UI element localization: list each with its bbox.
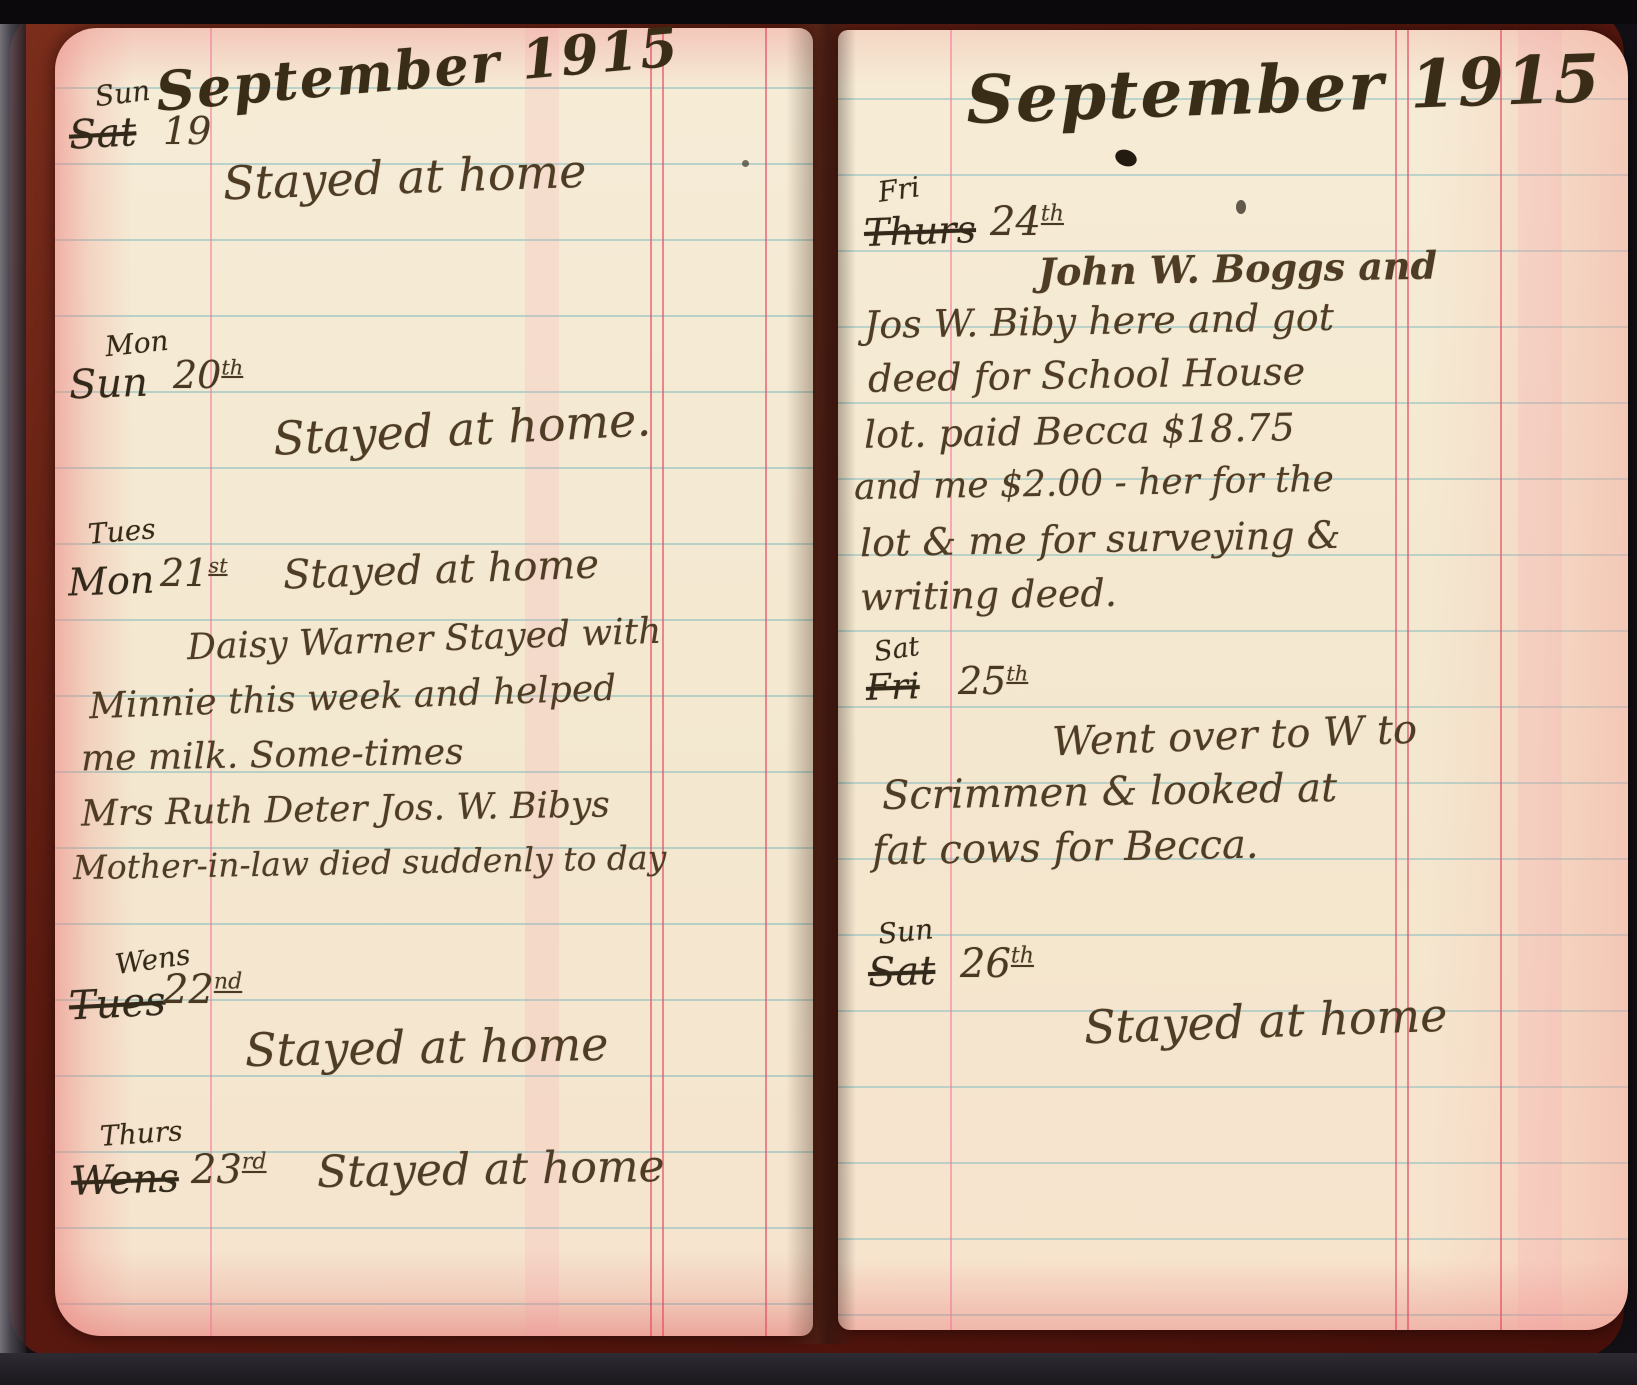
- diary-entry-line: Jos W. Biby here and got: [864, 298, 1335, 344]
- ledger-line: [1500, 30, 1502, 1330]
- diary-entry-date: 25th: [958, 662, 1028, 700]
- diary-entry-line: Scrimmen & looked at: [882, 768, 1338, 816]
- date-ordinal: rd: [242, 1150, 267, 1175]
- date-ordinal: th: [1006, 661, 1028, 685]
- date-ordinal: st: [208, 553, 227, 577]
- diary-entry-line: Mother-in-law died suddenly to day: [73, 841, 667, 884]
- diary-entry-line: Stayed at home: [222, 148, 587, 207]
- diary-entry-line: Stayed at home: [1083, 992, 1448, 1051]
- page-gutter-shadow: [786, 24, 856, 1344]
- scan-border-top: [0, 0, 1637, 24]
- diary-entry-line: Stayed at home.: [272, 396, 652, 462]
- page-header: September 1915: [965, 45, 1603, 133]
- date-number: 25: [958, 659, 1006, 703]
- diary-entry-line: fat cows for Becca.: [872, 825, 1259, 872]
- diary-page-right: September 1915 Fri Thurs 24th John W. Bo…: [838, 30, 1628, 1330]
- diary-entry-line: writing deed.: [860, 574, 1117, 616]
- diary-entry-day-corrected: Sat: [872, 633, 921, 666]
- date-number: 22: [163, 967, 214, 1013]
- diary-entry-day-corrected: Sun: [93, 77, 151, 112]
- ledger-line: [1395, 30, 1397, 1330]
- diary-entry-date: 22nd: [163, 970, 242, 1010]
- ledger-line: [650, 28, 652, 1336]
- scan-border-bottom: [0, 1353, 1637, 1385]
- diary-entry-line: Daisy Warner Stayed with: [187, 614, 662, 667]
- ledger-line: [765, 28, 767, 1336]
- diary-entry-date: 20th: [173, 356, 243, 394]
- diary-entry-date: 21st: [160, 554, 227, 592]
- diary-entry-day-original: Fri: [865, 669, 920, 707]
- diary-entry-day-original: Mon: [67, 561, 155, 602]
- date-number: 19: [163, 109, 211, 153]
- date-number: 20: [173, 353, 221, 397]
- diary-entry-day-corrected: Thurs: [99, 1117, 183, 1151]
- diary-entry-day-corrected: Sun: [877, 915, 935, 949]
- diary-entry-date: 23rd: [191, 1150, 267, 1190]
- ink-bleed-band: [1518, 30, 1562, 1330]
- diary-entry-date: 24th: [990, 202, 1064, 242]
- diary-entry-day-original: Tues: [68, 981, 167, 1026]
- ledger-line: [1407, 30, 1409, 1330]
- scanner-edge: [0, 0, 26, 1385]
- diary-entry-day-corrected: Mon: [104, 327, 170, 361]
- diary-entry-day-original: Sat: [867, 951, 936, 993]
- diary-entry-date: 26th: [960, 944, 1034, 984]
- diary-entry-date: 19: [163, 112, 211, 150]
- diary-entry-line: Mrs Ruth Deter Jos. W. Bibys: [81, 787, 610, 832]
- date-ordinal: th: [221, 355, 243, 379]
- diary-entry-line: lot. paid Becca $18.75: [864, 408, 1295, 454]
- diary-entry-line: Stayed at home: [282, 544, 599, 595]
- diary-entry-line: deed for School House: [868, 352, 1306, 398]
- diary-entry-day-corrected: Tues: [87, 515, 157, 549]
- diary-entry-line: me milk. Some-times: [81, 735, 464, 778]
- diary-entry-line: John W. Boggs and: [1038, 247, 1438, 292]
- diary-page-left: September 1915 Sun Sat 19 Stayed at home…: [55, 28, 813, 1336]
- ledger-line: [662, 28, 664, 1336]
- date-ordinal: th: [1041, 202, 1064, 227]
- date-ordinal: th: [1011, 944, 1034, 969]
- date-number: 21: [160, 551, 208, 595]
- date-number: 26: [960, 941, 1011, 987]
- diary-entry-line: Stayed at home: [317, 1145, 665, 1195]
- date-number: 23: [191, 1147, 242, 1193]
- diary-entry-day-original: Wens: [70, 1158, 179, 1202]
- diary-entry-line: lot & me for surveying &: [860, 516, 1341, 562]
- date-number: 24: [990, 199, 1041, 245]
- diary-entry-day-corrected: Fri: [876, 173, 921, 207]
- diary-entry-line: and me $2.00 - her for the: [854, 462, 1334, 506]
- diary-entry-day-original: Sun: [68, 363, 148, 406]
- ink-smudge: [1236, 200, 1246, 214]
- diary-entry-day-original: Thurs: [863, 210, 976, 252]
- diary-scan: September 1915 Sun Sat 19 Stayed at home…: [0, 0, 1637, 1385]
- diary-entry-line: Went over to W to: [1051, 710, 1417, 763]
- page-header: September 1915: [154, 19, 682, 119]
- ink-smudge: [742, 160, 749, 167]
- date-ordinal: nd: [214, 970, 242, 995]
- diary-entry-line: Stayed at home: [245, 1021, 609, 1073]
- diary-entry-day-original: Sat: [68, 112, 137, 155]
